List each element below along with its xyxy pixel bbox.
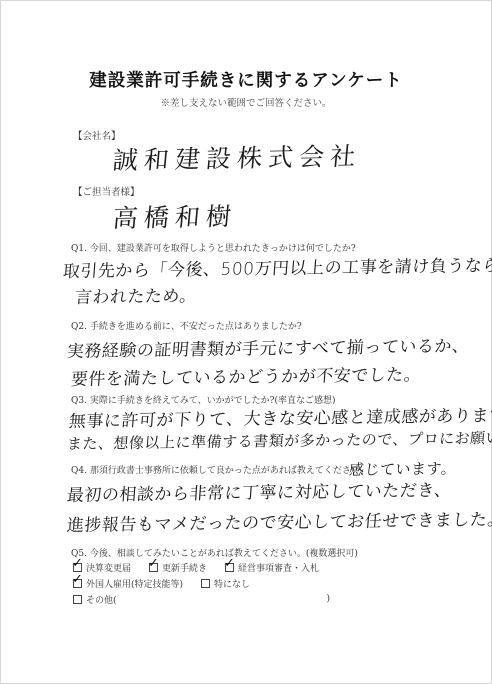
answer-2-line-1: 実務経験の証明書類が手元にすべて揃っているか、 bbox=[66, 331, 470, 362]
checkbox[interactable]: ✓ bbox=[149, 563, 158, 572]
option-none[interactable]: 特になし bbox=[201, 577, 250, 590]
answer-4-line-2: 進捗報告もマメだったので安心してお任せできました。 bbox=[66, 505, 492, 536]
question-1: Q1. 今回、建設業許可を取得しようと思われたきっかけは何でしたか? bbox=[71, 241, 356, 254]
option-management-review-bidding[interactable]: ✓ 経営事項審査・入札 bbox=[225, 561, 319, 574]
checkbox[interactable]: ✓ bbox=[73, 563, 82, 572]
answer-4-line-1: 最初の相談から非常に丁寧に対応していただき、 bbox=[66, 476, 453, 506]
survey-page: 建設業許可手続きに関するアンケート ※差し支えない範囲でご回答ください。 【会社… bbox=[0, 0, 492, 684]
question-4: Q4. 那須行政書士事務所に依頼して良かった点があれば教えてください。 bbox=[71, 463, 369, 476]
contact-name-handwritten: 高橋和樹 bbox=[111, 197, 238, 235]
company-label: 【会社名】 bbox=[73, 128, 121, 142]
check-mark-icon: ✓ bbox=[148, 557, 159, 570]
q5-options: ✓ 決算変更届 ✓ 更新手続き ✓ 経営事項審査・入札 ✓ bbox=[73, 560, 348, 608]
check-mark-icon: ✓ bbox=[72, 557, 83, 570]
company-name-handwritten: 誠和建設株式会社 bbox=[111, 137, 363, 177]
answer-1-line-2: 言われたため。 bbox=[74, 281, 198, 308]
answer-2-line-2: 要件を満たしているかどうかが不安でした。 bbox=[70, 360, 422, 390]
option-renewal[interactable]: ✓ 更新手続き bbox=[149, 561, 207, 574]
option-foreign-employment[interactable]: ✓ 外国人雇用(特定技能等) bbox=[73, 577, 183, 590]
contact-label: 【ご担当者様】 bbox=[73, 184, 140, 198]
answer-1-line-1: 取引先から「今後、500万円以上の工事を請け負うなら許可が必要」と bbox=[62, 249, 492, 282]
option-other[interactable]: その他( ) bbox=[73, 593, 330, 606]
check-mark-icon: ✓ bbox=[72, 573, 83, 586]
question-2: Q2. 手続きを進める前に、不安だった点はありましたか? bbox=[71, 319, 302, 332]
checkbox[interactable] bbox=[73, 595, 82, 604]
question-5: Q5. 今後、相談してみたいことがあれば教えてください。(複数選択可) bbox=[71, 546, 358, 559]
checkbox[interactable]: ✓ bbox=[73, 579, 82, 588]
other-close-paren: ) bbox=[327, 594, 331, 604]
page-subtitle: ※差し支えない範囲でご回答ください。 bbox=[1, 95, 491, 109]
checkbox[interactable] bbox=[201, 579, 210, 588]
checkbox[interactable]: ✓ bbox=[225, 563, 234, 572]
page-title: 建設業許可手続きに関するアンケート bbox=[1, 67, 491, 92]
check-mark-icon: ✓ bbox=[224, 557, 235, 570]
